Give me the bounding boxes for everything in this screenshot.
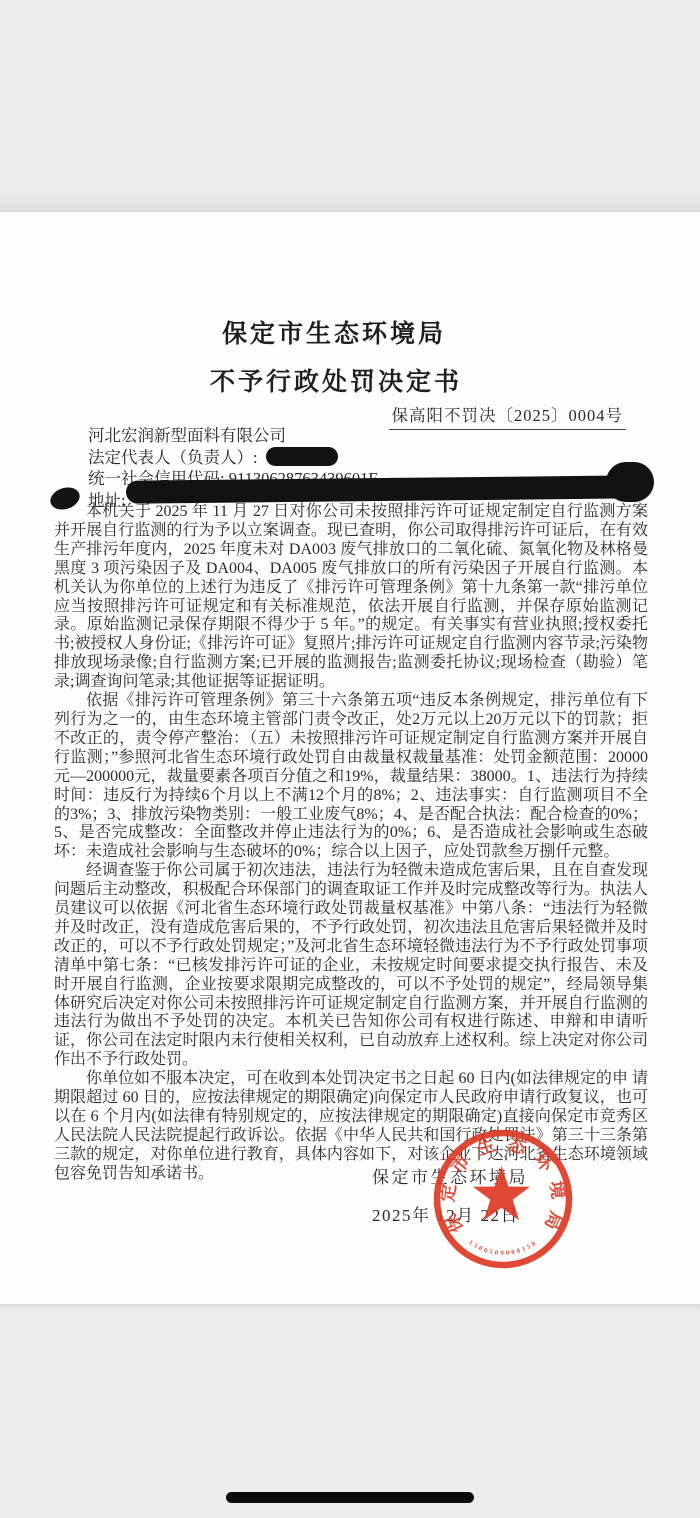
paragraph-legal-basis-discretion: 依据《排污许可管理条例》第三十六条第五项“违反本条例规定，排污单位有下列行为之一… [54,692,648,862]
seal-star-icon [473,1166,530,1220]
agency-title: 保定市生态环境局 [0,314,668,350]
legal-representative-label: 法定代表人（负责人）: [88,448,258,467]
document-title: 不予行政处罚决定书 [0,362,672,398]
redaction-bar-address-end [606,462,654,502]
home-indicator[interactable] [226,1492,474,1503]
document-number: 保高阳不罚决〔2025〕0004号 [389,402,627,430]
decision-body: 本机关于 2025 年 11 月 27 日对你公司未按照排污许可证规定制定自行监… [54,503,648,1184]
seal-code: 1306509000158 [467,1239,537,1257]
redaction-bar-address [126,475,642,503]
document-page[interactable]: 保定市生态环境局 不予行政处罚决定书 保高阳不罚决〔2025〕0004号 河北宏… [0,212,700,1304]
official-red-seal-icon: 保定市生态环境局 1306509000158 [425,1121,581,1277]
viewer-top-area [0,0,700,213]
company-name: 河北宏润新型面料有限公司 [88,425,378,447]
legal-representative-line: 法定代表人（负责人）: [88,447,378,469]
viewer-bottom-area [0,1304,700,1518]
paragraph-no-penalty-decision: 经调查鉴于你公司属于初次违法，违法行为轻微未造成危害后果，且在自查发现问题后主动… [54,862,648,1070]
paragraph-case-facts: 本机关于 2025 年 11 月 27 日对你公司未按照排污许可证规定制定自行监… [54,503,648,692]
redaction-bar-legal-rep [266,447,338,466]
